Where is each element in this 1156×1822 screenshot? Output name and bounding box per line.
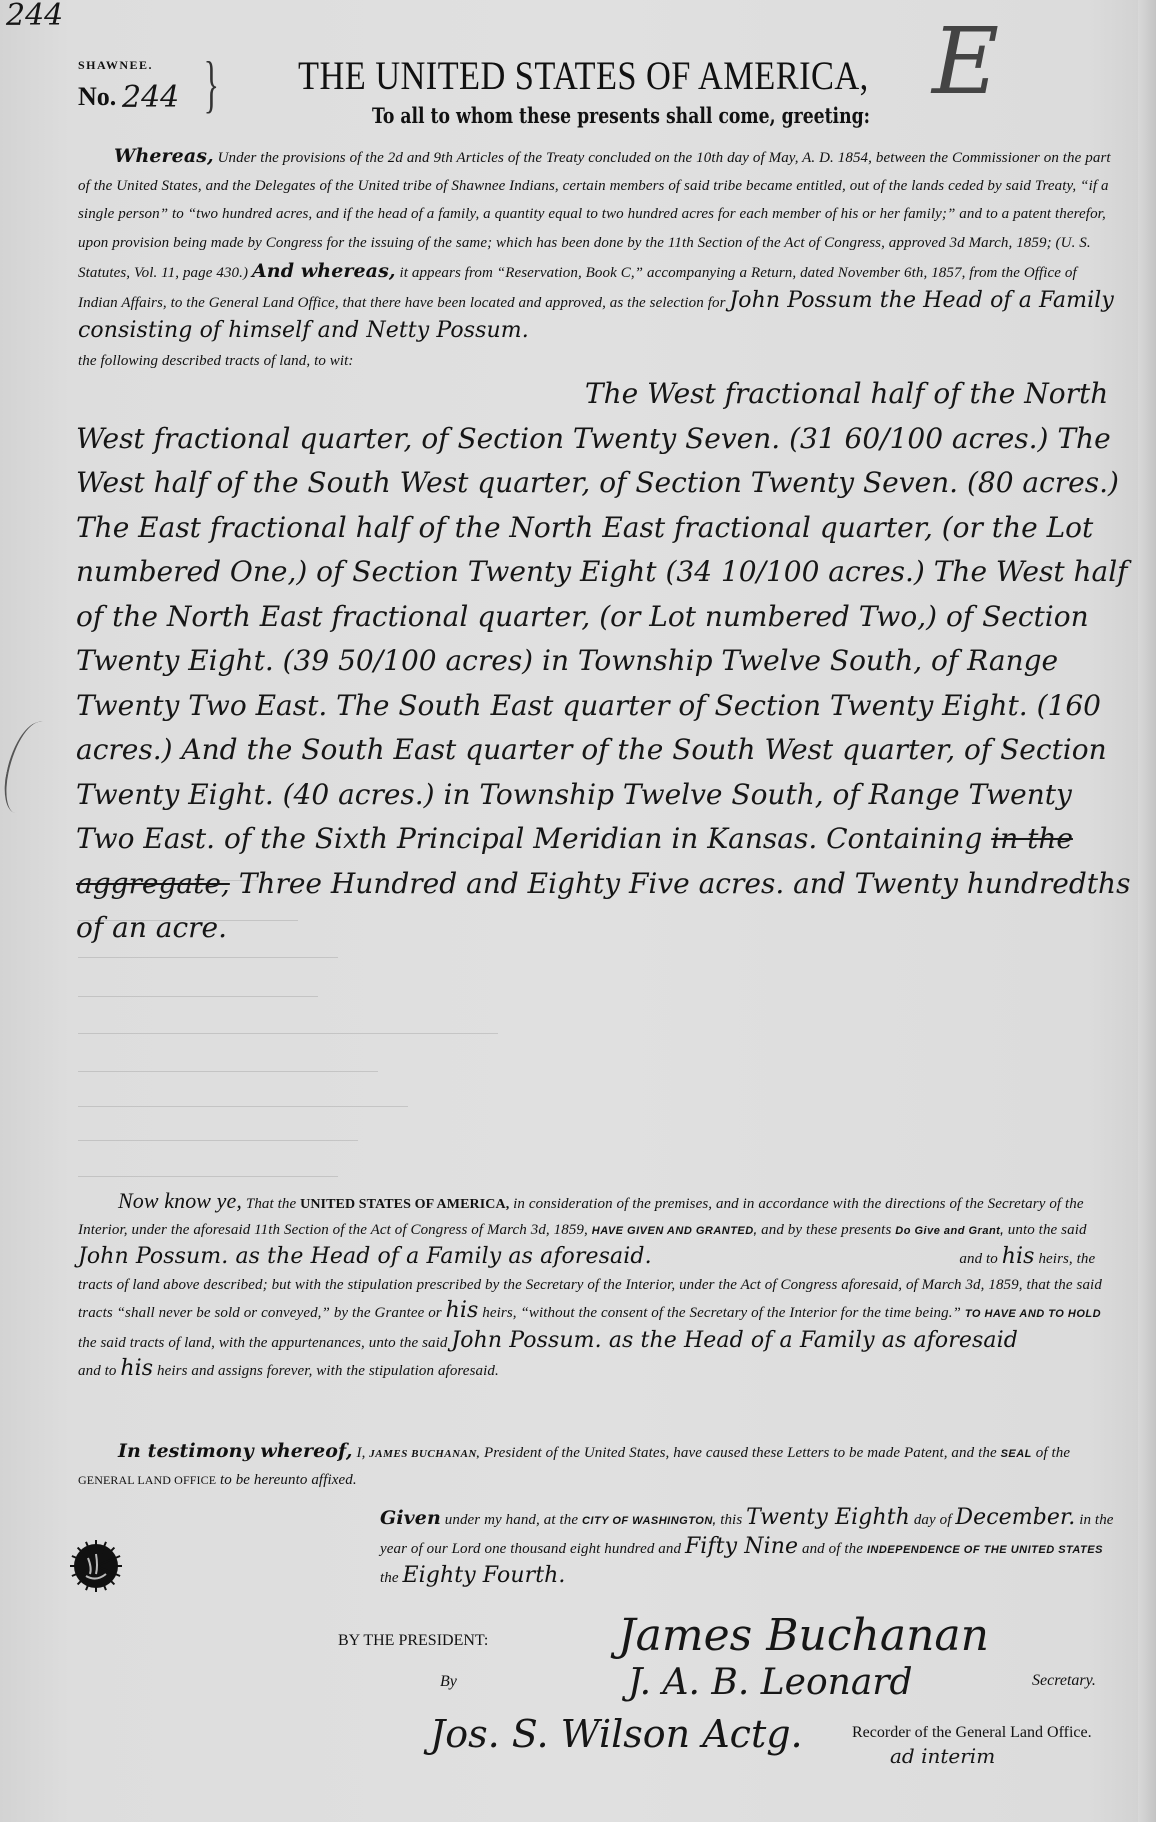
number-label: No. (78, 82, 116, 112)
secretary-signature: J. A. B. Leonard (628, 1662, 913, 1703)
pronoun-handwritten: his (120, 1356, 153, 1381)
grantee-name: John Possum. as the Head of a Family as … (78, 1244, 652, 1269)
grant-text: and by these presents (761, 1222, 891, 1238)
file-number: 244 (6, 0, 63, 33)
grant-text: heirs and assigns forever, with the stip… (157, 1363, 499, 1379)
page-edge (1138, 0, 1156, 1822)
grant-text: and to (959, 1251, 998, 1267)
margin-mark (0, 717, 59, 819)
given-paragraph: Given under my hand, at the CITY OF WASH… (380, 1505, 1120, 1591)
recorder-label: Recorder of the General Land Office. (852, 1724, 1092, 1742)
given-lead: Given (380, 1507, 441, 1529)
greeting: To all to whom these presents shall come… (372, 103, 870, 128)
document-title: THE UNITED STATES OF AMERICA, (298, 52, 869, 99)
ad-interim-note: ad interim (890, 1744, 995, 1768)
tracts-intro: the following described tracts of land, … (78, 353, 354, 369)
seal-icon (68, 1538, 124, 1594)
corner-mark: E (932, 8, 999, 115)
blank-rule (78, 957, 338, 958)
patent-number: 244 (122, 80, 179, 115)
now-know-ye: Now know ye, (118, 1188, 242, 1213)
blank-rule (78, 1106, 408, 1107)
given-text: and of the (802, 1541, 863, 1557)
independence-year-handwritten: Eighty Fourth. (403, 1563, 566, 1588)
given-text: day of (914, 1512, 952, 1528)
grantee-name: John Possum. as the Head of a Family as … (451, 1328, 1018, 1353)
year-handwritten: Fifty Nine (685, 1534, 798, 1559)
day-handwritten: Twenty Eighth (746, 1505, 910, 1530)
usa-label: UNITED STATES OF AMERICA, (300, 1197, 509, 1212)
land-total: Three Hundred and Eighty Five acres. and… (76, 867, 1130, 945)
given-text: under my hand, at the (445, 1512, 578, 1528)
testimony-text: of the (1036, 1445, 1070, 1461)
by-the-president-label: BY THE PRESIDENT: (338, 1632, 488, 1650)
do-give-label: Do Give and Grant, (895, 1225, 1004, 1237)
independence-label: INDEPENDENCE OF THE UNITED STATES (867, 1544, 1103, 1556)
whereas-lead: Whereas, (114, 145, 214, 167)
testimony-lead: In testimony whereof, (118, 1440, 353, 1462)
pronoun-handwritten: his (1002, 1244, 1035, 1269)
given-text: the (380, 1570, 399, 1586)
blank-rule (78, 996, 318, 997)
grant-text: heirs, “without the consent of the Secre… (482, 1305, 961, 1321)
blank-rule (78, 1140, 358, 1141)
grant-paragraph: Now know ye, That the UNITED STATES OF A… (78, 1188, 1118, 1385)
testimony-text: to be hereunto affixed. (220, 1472, 357, 1488)
land-description-text: The West fractional half of the North We… (76, 377, 1128, 855)
and-whereas-lead: And whereas, (252, 260, 396, 282)
city-label: CITY OF WASHINGTON, (582, 1515, 716, 1527)
testimony-paragraph: In testimony whereof, I, JAMES BUCHANAN,… (78, 1438, 1118, 1493)
grant-text: That the (246, 1196, 296, 1212)
president-signature: James Buchanan (618, 1610, 989, 1661)
testimony-text: President of the United States, have cau… (484, 1445, 997, 1461)
have-given-label: HAVE GIVEN AND GRANTED, (592, 1225, 758, 1237)
tribe-label: SHAWNEE. (78, 58, 153, 73)
recorder-signature: Jos. S. Wilson Actg. (430, 1712, 803, 1756)
blank-rule (78, 1033, 498, 1034)
to-have-label: TO HAVE AND TO HOLD (965, 1308, 1101, 1320)
brace-glyph: } (204, 52, 219, 116)
blank-rule (78, 1176, 338, 1177)
grant-text: the said tracts of land, with the appurt… (78, 1335, 448, 1351)
whereas-text: Under the provisions of the 2d and 9th A… (78, 150, 1111, 281)
testimony-text: I, (356, 1445, 365, 1461)
land-description: The West fractional half of the North We… (76, 372, 1136, 951)
whereas-paragraph: Whereas, Under the provisions of the 2d … (78, 142, 1118, 376)
office-label: GENERAL LAND OFFICE (78, 1473, 216, 1487)
by-label: By (440, 1673, 457, 1691)
seal-label: SEAL (1001, 1448, 1032, 1460)
patent-document: 244 SHAWNEE. No. 244 } THE UNITED STATES… (0, 0, 1156, 1822)
grant-text: and to (78, 1363, 117, 1379)
month-handwritten: December. (955, 1505, 1075, 1530)
secretary-label: Secretary. (1032, 1672, 1096, 1690)
given-text: this (720, 1512, 742, 1528)
pronoun-handwritten: his (446, 1298, 479, 1323)
blank-rule (78, 1071, 378, 1072)
grant-text: unto the said (1008, 1222, 1087, 1238)
president-name: JAMES BUCHANAN, (369, 1448, 480, 1460)
